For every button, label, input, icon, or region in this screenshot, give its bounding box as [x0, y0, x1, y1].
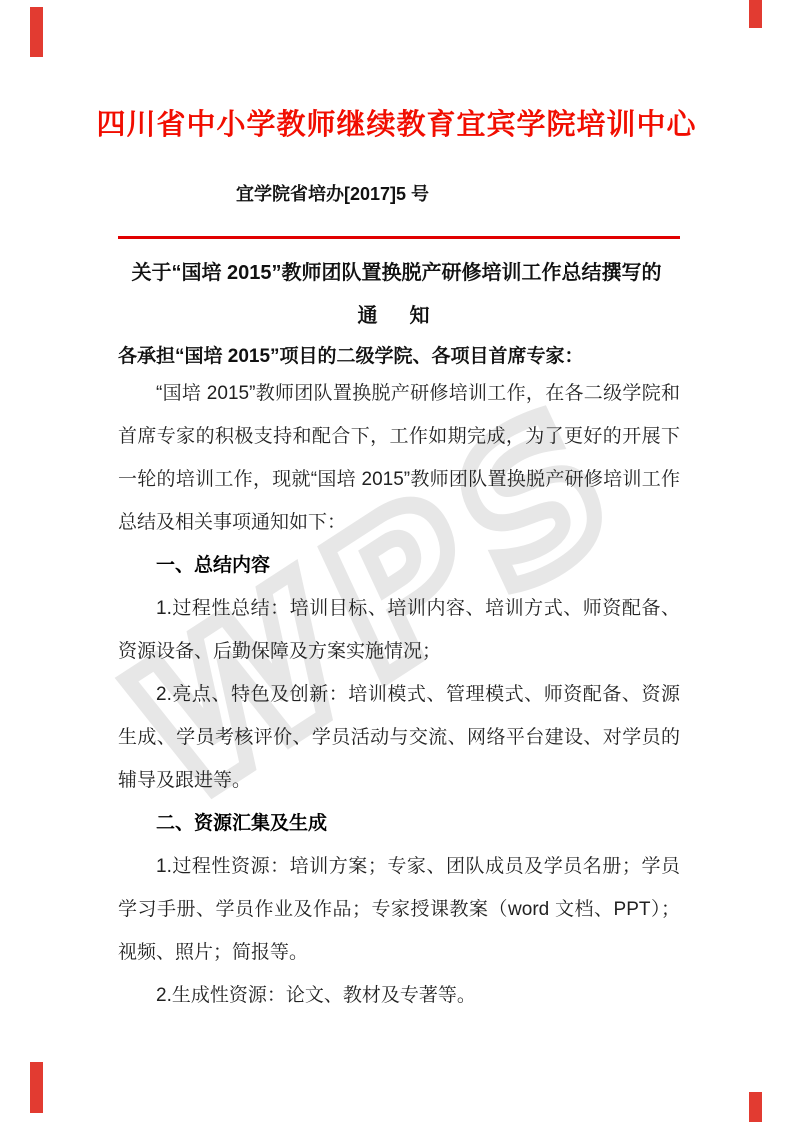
salutation: 各承担“国培 2015”项目的二级学院、各项目首席专家： — [118, 341, 680, 368]
doc-number: 宜学院省培办[2017]5 号 — [236, 180, 429, 206]
section-heading: 一、总结内容 — [118, 544, 680, 587]
notice-title-line1: 关于“国培 2015”教师团队置换脱产研修培训工作总结撰写的 — [0, 256, 793, 285]
section-heading: 二、资源汇集及生成 — [118, 802, 680, 845]
body-paragraph: 2.生成性资源：论文、教材及专著等。 — [118, 974, 680, 1017]
body-paragraph: 1.过程性资源：培训方案；专家、团队成员及学员名册；学员学习手册、学员作业及作品… — [118, 845, 680, 974]
document-page: WPS 四川省中小学教师继续教育宜宾学院培训中心 宜学院省培办[2017]5 号… — [0, 0, 793, 1122]
red-divider-line — [118, 236, 680, 239]
crop-mark-top-left — [30, 7, 43, 57]
notice-title-line2: 通 知 — [0, 299, 793, 328]
body-paragraph: 2.亮点、特色及创新：培训模式、管理模式、师资配备、资源生成、学员考核评价、学员… — [118, 673, 680, 802]
body-paragraph: “国培 2015”教师团队置换脱产研修培训工作，在各二级学院和首席专家的积极支持… — [118, 372, 680, 544]
document-body: “国培 2015”教师团队置换脱产研修培训工作，在各二级学院和首席专家的积极支持… — [118, 372, 680, 1017]
crop-mark-top-right — [749, 0, 762, 28]
crop-mark-bottom-right — [749, 1092, 762, 1122]
body-paragraph: 1.过程性总结：培训目标、培训内容、培训方式、师资配备、资源设备、后勤保障及方案… — [118, 587, 680, 673]
crop-mark-bottom-left — [30, 1062, 43, 1113]
org-title: 四川省中小学教师继续教育宜宾学院培训中心 — [0, 102, 793, 143]
